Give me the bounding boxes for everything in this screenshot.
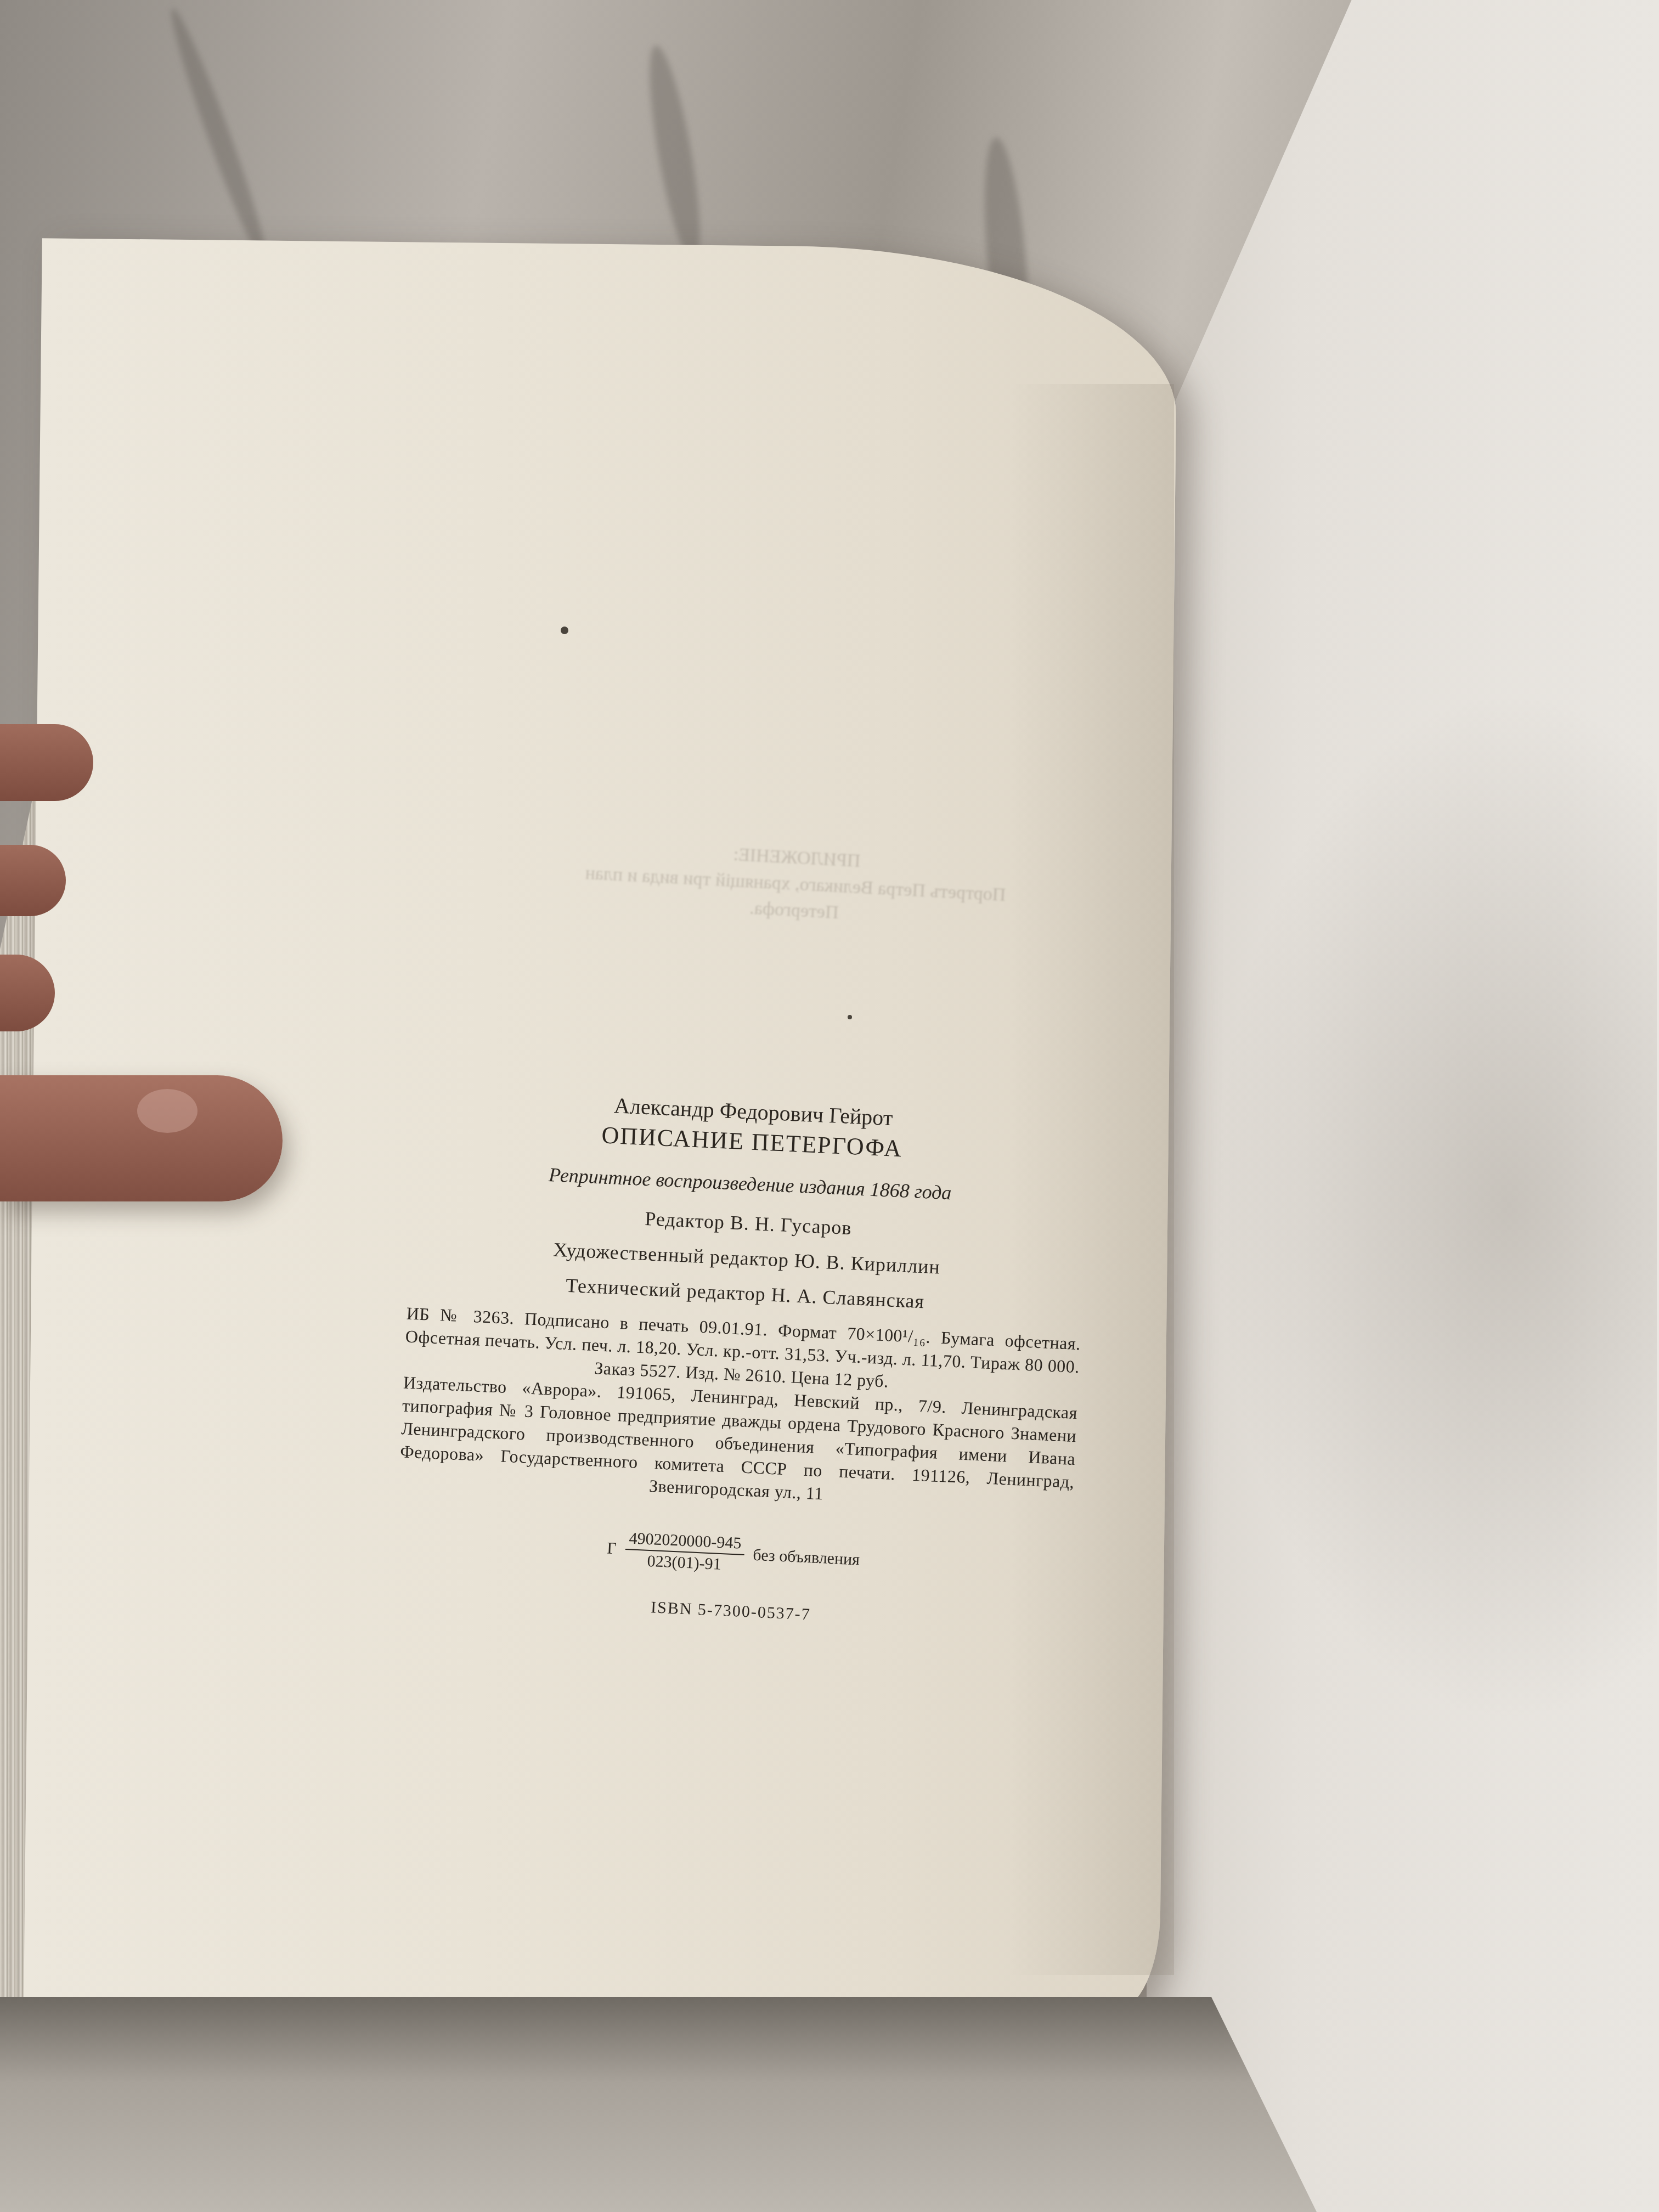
index-code: Г 4902020000-945 023(01)-91 без объявлен… [396,1519,1071,1590]
hand [0,724,285,1339]
thumb [0,1075,283,1201]
index-code-prefix: Г [607,1539,617,1559]
marble-vein [640,43,710,264]
paper-speck [561,627,568,634]
index-code-fraction: 4902020000-945 023(01)-91 [624,1529,745,1575]
imprint-block: Александр Федорович Гейрот ОПИСАНИЕ ПЕТЕ… [393,1084,1091,1636]
floor-surface [0,1997,1317,2212]
marble-vein [162,4,277,270]
index-code-numerator: 4902020000-945 [625,1529,746,1555]
paper-speck [848,1015,852,1019]
index-code-denominator: 023(01)-91 [647,1551,721,1574]
finger [0,845,66,916]
thumbnail [137,1089,198,1133]
hand-shadow [1163,603,1657,1810]
index-code-note: без объявления [753,1546,860,1570]
finger [0,955,55,1031]
finger [0,724,93,801]
